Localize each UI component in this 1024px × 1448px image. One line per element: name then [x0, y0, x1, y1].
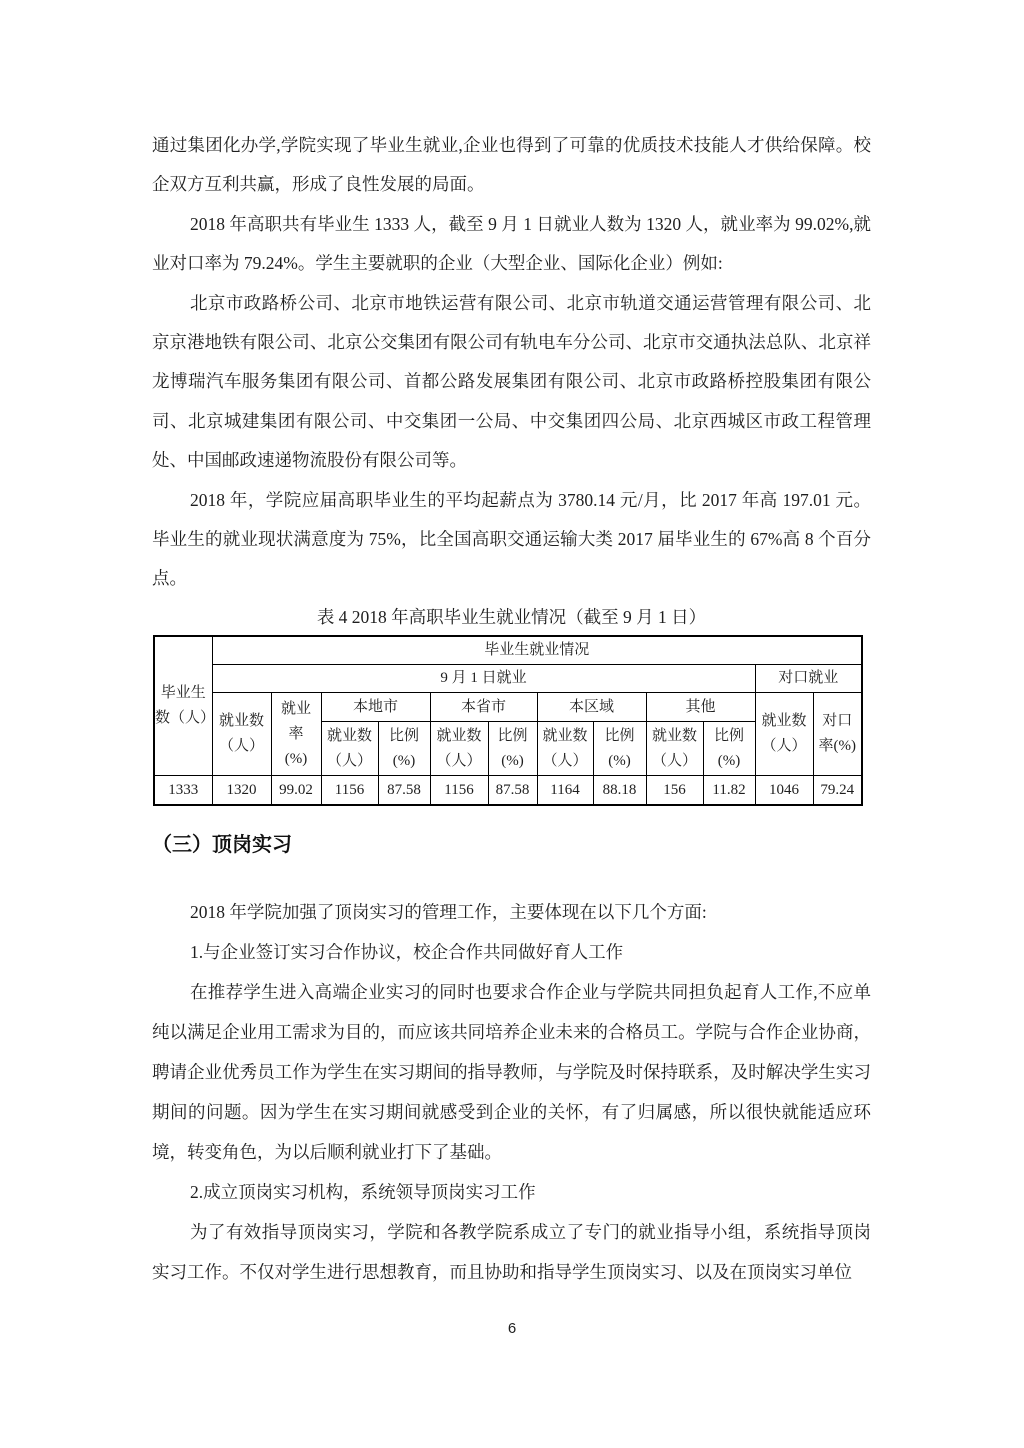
- section-heading: （三）顶岗实习: [152, 826, 871, 864]
- td-duikou-count: 1046: [755, 776, 813, 805]
- page-number: 6: [0, 1320, 1024, 1337]
- td-local-city-count: 1156: [321, 776, 378, 805]
- td-employed-count: 1320: [212, 776, 271, 805]
- paragraph-employer-list: 北京市政路桥公司、北京市地铁运营有限公司、北京市轨道交通运营管理有限公司、北京京…: [152, 284, 871, 481]
- paragraph-internship-intro: 2018 年学院加强了顶岗实习的管理工作，主要体现在以下几个方面:: [152, 892, 871, 932]
- th-duikou-rate: 对口 率(%): [813, 693, 862, 776]
- th-graduates-total: 毕业生 数（人）: [154, 636, 212, 776]
- th-group-region: 本区域: [537, 693, 646, 722]
- paragraph-employment-stats: 2018 年高职共有毕业生 1333 人，截至 9 月 1 日就业人数为 132…: [152, 205, 871, 284]
- th-sub-count-province: 就业数 （人）: [430, 722, 488, 776]
- paragraph-employment-overview: 通过集团化办学,学院实现了毕业生就业,企业也得到了可靠的优质技术技能人才供给保障…: [152, 126, 871, 205]
- th-group-local-city: 本地市: [321, 693, 430, 722]
- th-sub-ratio-region: 比例 (%): [593, 722, 646, 776]
- td-duikou-rate: 79.24: [813, 776, 862, 805]
- td-graduates-total: 1333: [154, 776, 212, 805]
- td-other-ratio: 11.82: [703, 776, 755, 805]
- td-local-city-ratio: 87.58: [378, 776, 430, 805]
- th-employed-count: 就业数 （人）: [212, 693, 271, 776]
- th-employment-rate: 就业 率 (%): [271, 693, 321, 776]
- page-content: 通过集团化办学,学院实现了毕业生就业,企业也得到了可靠的优质技术技能人才供给保障…: [152, 0, 871, 1292]
- th-employment-overview: 毕业生就业情况: [212, 636, 862, 665]
- document-page: 通过集团化办学,学院实现了毕业生就业,企业也得到了可靠的优质技术技能人才供给保障…: [0, 0, 1024, 1448]
- td-province-count: 1156: [430, 776, 488, 805]
- paragraph-salary-satisfaction: 2018 年，学院应届高职毕业生的平均起薪点为 3780.14 元/月，比 20…: [152, 481, 871, 599]
- td-other-count: 156: [646, 776, 703, 805]
- paragraph-internship-item2: 2.成立顶岗实习机构，系统领导顶岗实习工作: [152, 1172, 871, 1212]
- employment-table: 毕业生 数（人） 毕业生就业情况 9 月 1 日就业 对口就业 就业数 （人） …: [153, 635, 863, 806]
- th-duikou-employment: 对口就业: [755, 665, 862, 693]
- td-region-ratio: 88.18: [593, 776, 646, 805]
- table-data-row: 1333 1320 99.02 1156 87.58 1156 87.58 11…: [154, 776, 862, 805]
- th-sub-count-region: 就业数 （人）: [537, 722, 593, 776]
- th-sub-ratio-province: 比例 (%): [488, 722, 537, 776]
- paragraph-internship-detail1: 在推荐学生进入高端企业实习的同时也要求合作企业与学院共同担负起育人工作,不应单纯…: [152, 972, 871, 1172]
- td-employment-rate: 99.02: [271, 776, 321, 805]
- th-sept1-employment: 9 月 1 日就业: [212, 665, 755, 693]
- td-region-count: 1164: [537, 776, 593, 805]
- table-caption: 表 4 2018 年高职毕业生就业情况（截至 9 月 1 日）: [152, 599, 871, 635]
- paragraph-internship-item1: 1.与企业签订实习合作协议，校企合作共同做好育人工作: [152, 932, 871, 972]
- paragraph-internship-detail2: 为了有效指导顶岗实习，学院和各教学院系成立了专门的就业指导小组，系统指导顶岗实习…: [152, 1212, 871, 1292]
- th-group-other: 其他: [646, 693, 755, 722]
- th-group-province: 本省市: [430, 693, 537, 722]
- th-sub-count-local-city: 就业数 （人）: [321, 722, 378, 776]
- td-province-ratio: 87.58: [488, 776, 537, 805]
- th-duikou-count: 就业数 （人）: [755, 693, 813, 776]
- th-sub-ratio-local-city: 比例 (%): [378, 722, 430, 776]
- section-internship: 2018 年学院加强了顶岗实习的管理工作，主要体现在以下几个方面: 1.与企业签…: [152, 892, 871, 1292]
- th-sub-count-other: 就业数 （人）: [646, 722, 703, 776]
- th-sub-ratio-other: 比例 (%): [703, 722, 755, 776]
